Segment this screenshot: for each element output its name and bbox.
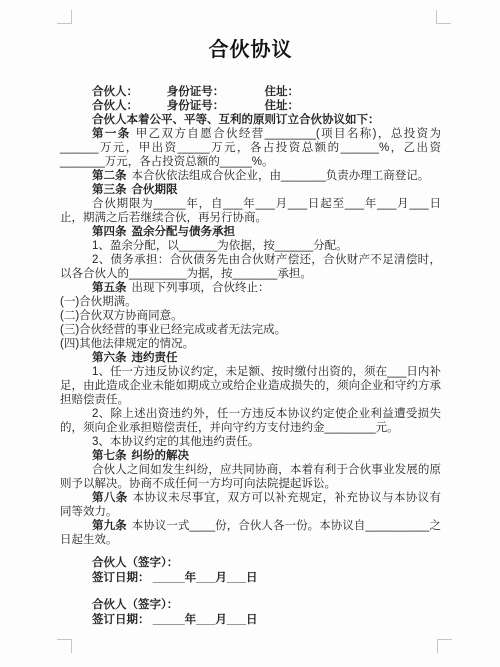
clause-9: 第九条本协议一式____份，合伙人各一份。本协议自__________之日起生效…	[60, 519, 441, 547]
crop-mark-top-right	[436, 10, 451, 24]
clause-4-text: 盈余分配与债务承担	[132, 226, 236, 238]
clause-1: 第一条甲乙双方自愿合伙经营________(项目名称)，总投资为______万元…	[60, 127, 441, 169]
clause-4-label: 第四条	[92, 226, 127, 238]
signer-label-2: 合伙人（签字）：	[60, 598, 441, 613]
party-line-1: 合伙人： 身份证号： 住址：	[60, 85, 441, 99]
document-page: 合伙协议 合伙人： 身份证号： 住址： 合伙人： 身份证号： 住址： 合伙人本着…	[0, 0, 500, 667]
party-line-2: 合伙人： 身份证号： 住址：	[60, 99, 441, 113]
clause-5: 第五条出现下列事项，合伙终止：	[60, 281, 441, 295]
clause-7-heading: 第七条纠纷的解决	[60, 449, 441, 463]
sign-date-1: 签订日期： _____年___月___日	[60, 571, 441, 586]
termination-item-3: (三)合伙经营的事业已经完成或者无法完成。	[60, 323, 441, 337]
intro-line: 合伙人本着公平、平等、互利的原则订立合伙协议如下：	[60, 113, 441, 127]
clause-3-text: 合伙期限	[132, 184, 178, 196]
clause-1-label: 第一条	[92, 128, 131, 140]
termination-item-1: (一)合伙期满。	[60, 295, 441, 309]
clause-9-label: 第九条	[92, 520, 127, 532]
clause-8-label: 第八条	[92, 492, 128, 504]
clause-7-text: 纠纷的解决	[132, 450, 190, 462]
clause-3-body: 合伙期限为_____年，自___年___月___日起至___年___月___日止…	[60, 197, 441, 225]
clause-2-label: 第二条	[92, 170, 127, 182]
clause-2-text: 本合伙依法组成合伙企业，由_______负责办理工商登记。	[132, 170, 430, 182]
signature-block-2: 合伙人（签字）： 签订日期： _____年___月___日	[60, 598, 441, 628]
clause-7-body: 合伙人之间如发生纠纷，应共同协商，本着有利于合伙事业发展的原则予以解决。协商不成…	[60, 463, 441, 491]
breach-item-2-text: 2、除上述出资违约外，任一方违反本协议约定使企业利益遭受损失的，须向企业承担赔偿…	[60, 408, 441, 434]
clause-5-label: 第五条	[92, 282, 127, 294]
sign-date-2: 签订日期： _____年___月___日	[60, 613, 441, 628]
clause-8: 第八条本协议未尽事宜，双方可以补充规定，补充协议与本协议有同等效力。	[60, 491, 441, 519]
clause-6-item-2: 2、除上述出资违约外，任一方违反本协议约定使企业利益遭受损失的，须向企业承担赔偿…	[60, 407, 441, 435]
term-text: 合伙期限为_____年，自___年___月___日起至___年___月___日止…	[60, 198, 441, 224]
clause-5-text: 出现下列事项，合伙终止：	[132, 282, 270, 294]
agreement-document: 合伙协议 合伙人： 身份证号： 住址： 合伙人： 身份证号： 住址： 合伙人本着…	[60, 38, 441, 628]
debt-item-text: 2、债务承担：合伙债务先由合伙财产偿还，合伙财产不足清偿时，以各合伙人的____…	[60, 254, 441, 280]
breach-item-3-text: 3、本协议约定的其他违约责任。	[92, 436, 259, 448]
profit-item-text: 1、盈余分配，以______为依据，按______分配。	[92, 240, 348, 252]
termination-item-4: (四)其他法律规定的情况。	[60, 337, 441, 351]
clause-4-heading: 第四条盈余分配与债务承担	[60, 225, 441, 239]
breach-item-1-text: 1、任一方违反协议约定，未足额、按时缴付出资的，须在___日内补足，由此造成企业…	[60, 366, 441, 406]
crop-mark-top-left	[57, 10, 72, 24]
clause-4-item-2: 2、债务承担：合伙债务先由合伙财产偿还，合伙财产不足清偿时，以各合伙人的____…	[60, 253, 441, 281]
clause-2: 第二条本合伙依法组成合伙企业，由_______负责办理工商登记。	[60, 169, 441, 183]
clause-3-heading: 第三条合伙期限	[60, 183, 441, 197]
clause-6-item-3: 3、本协议约定的其他违约责任。	[60, 435, 441, 449]
clause-6-heading: 第六条违约责任	[60, 351, 441, 365]
dispute-text: 合伙人之间如发生纠纷，应共同协商，本着有利于合伙事业发展的原则予以解决。协商不成…	[60, 464, 441, 490]
crop-mark-bottom-right	[437, 639, 452, 653]
clause-6-label: 第六条	[92, 352, 127, 364]
signer-label-1: 合伙人（签字）：	[60, 556, 441, 571]
clause-6-text: 违约责任	[132, 352, 178, 364]
termination-item-2: (二)合伙双方协商同意。	[60, 309, 441, 323]
clause-3-label: 第三条	[92, 184, 127, 196]
document-title: 合伙协议	[60, 38, 441, 62]
crop-mark-bottom-left	[57, 639, 72, 653]
signature-block-1: 合伙人（签字）： 签订日期： _____年___月___日	[60, 556, 441, 586]
clause-7-label: 第七条	[92, 450, 127, 462]
clause-6-item-1: 1、任一方违反协议约定，未足额、按时缴付出资的，须在___日内补足，由此造成企业…	[60, 365, 441, 407]
clause-4-item-1: 1、盈余分配，以______为依据，按______分配。	[60, 239, 441, 253]
